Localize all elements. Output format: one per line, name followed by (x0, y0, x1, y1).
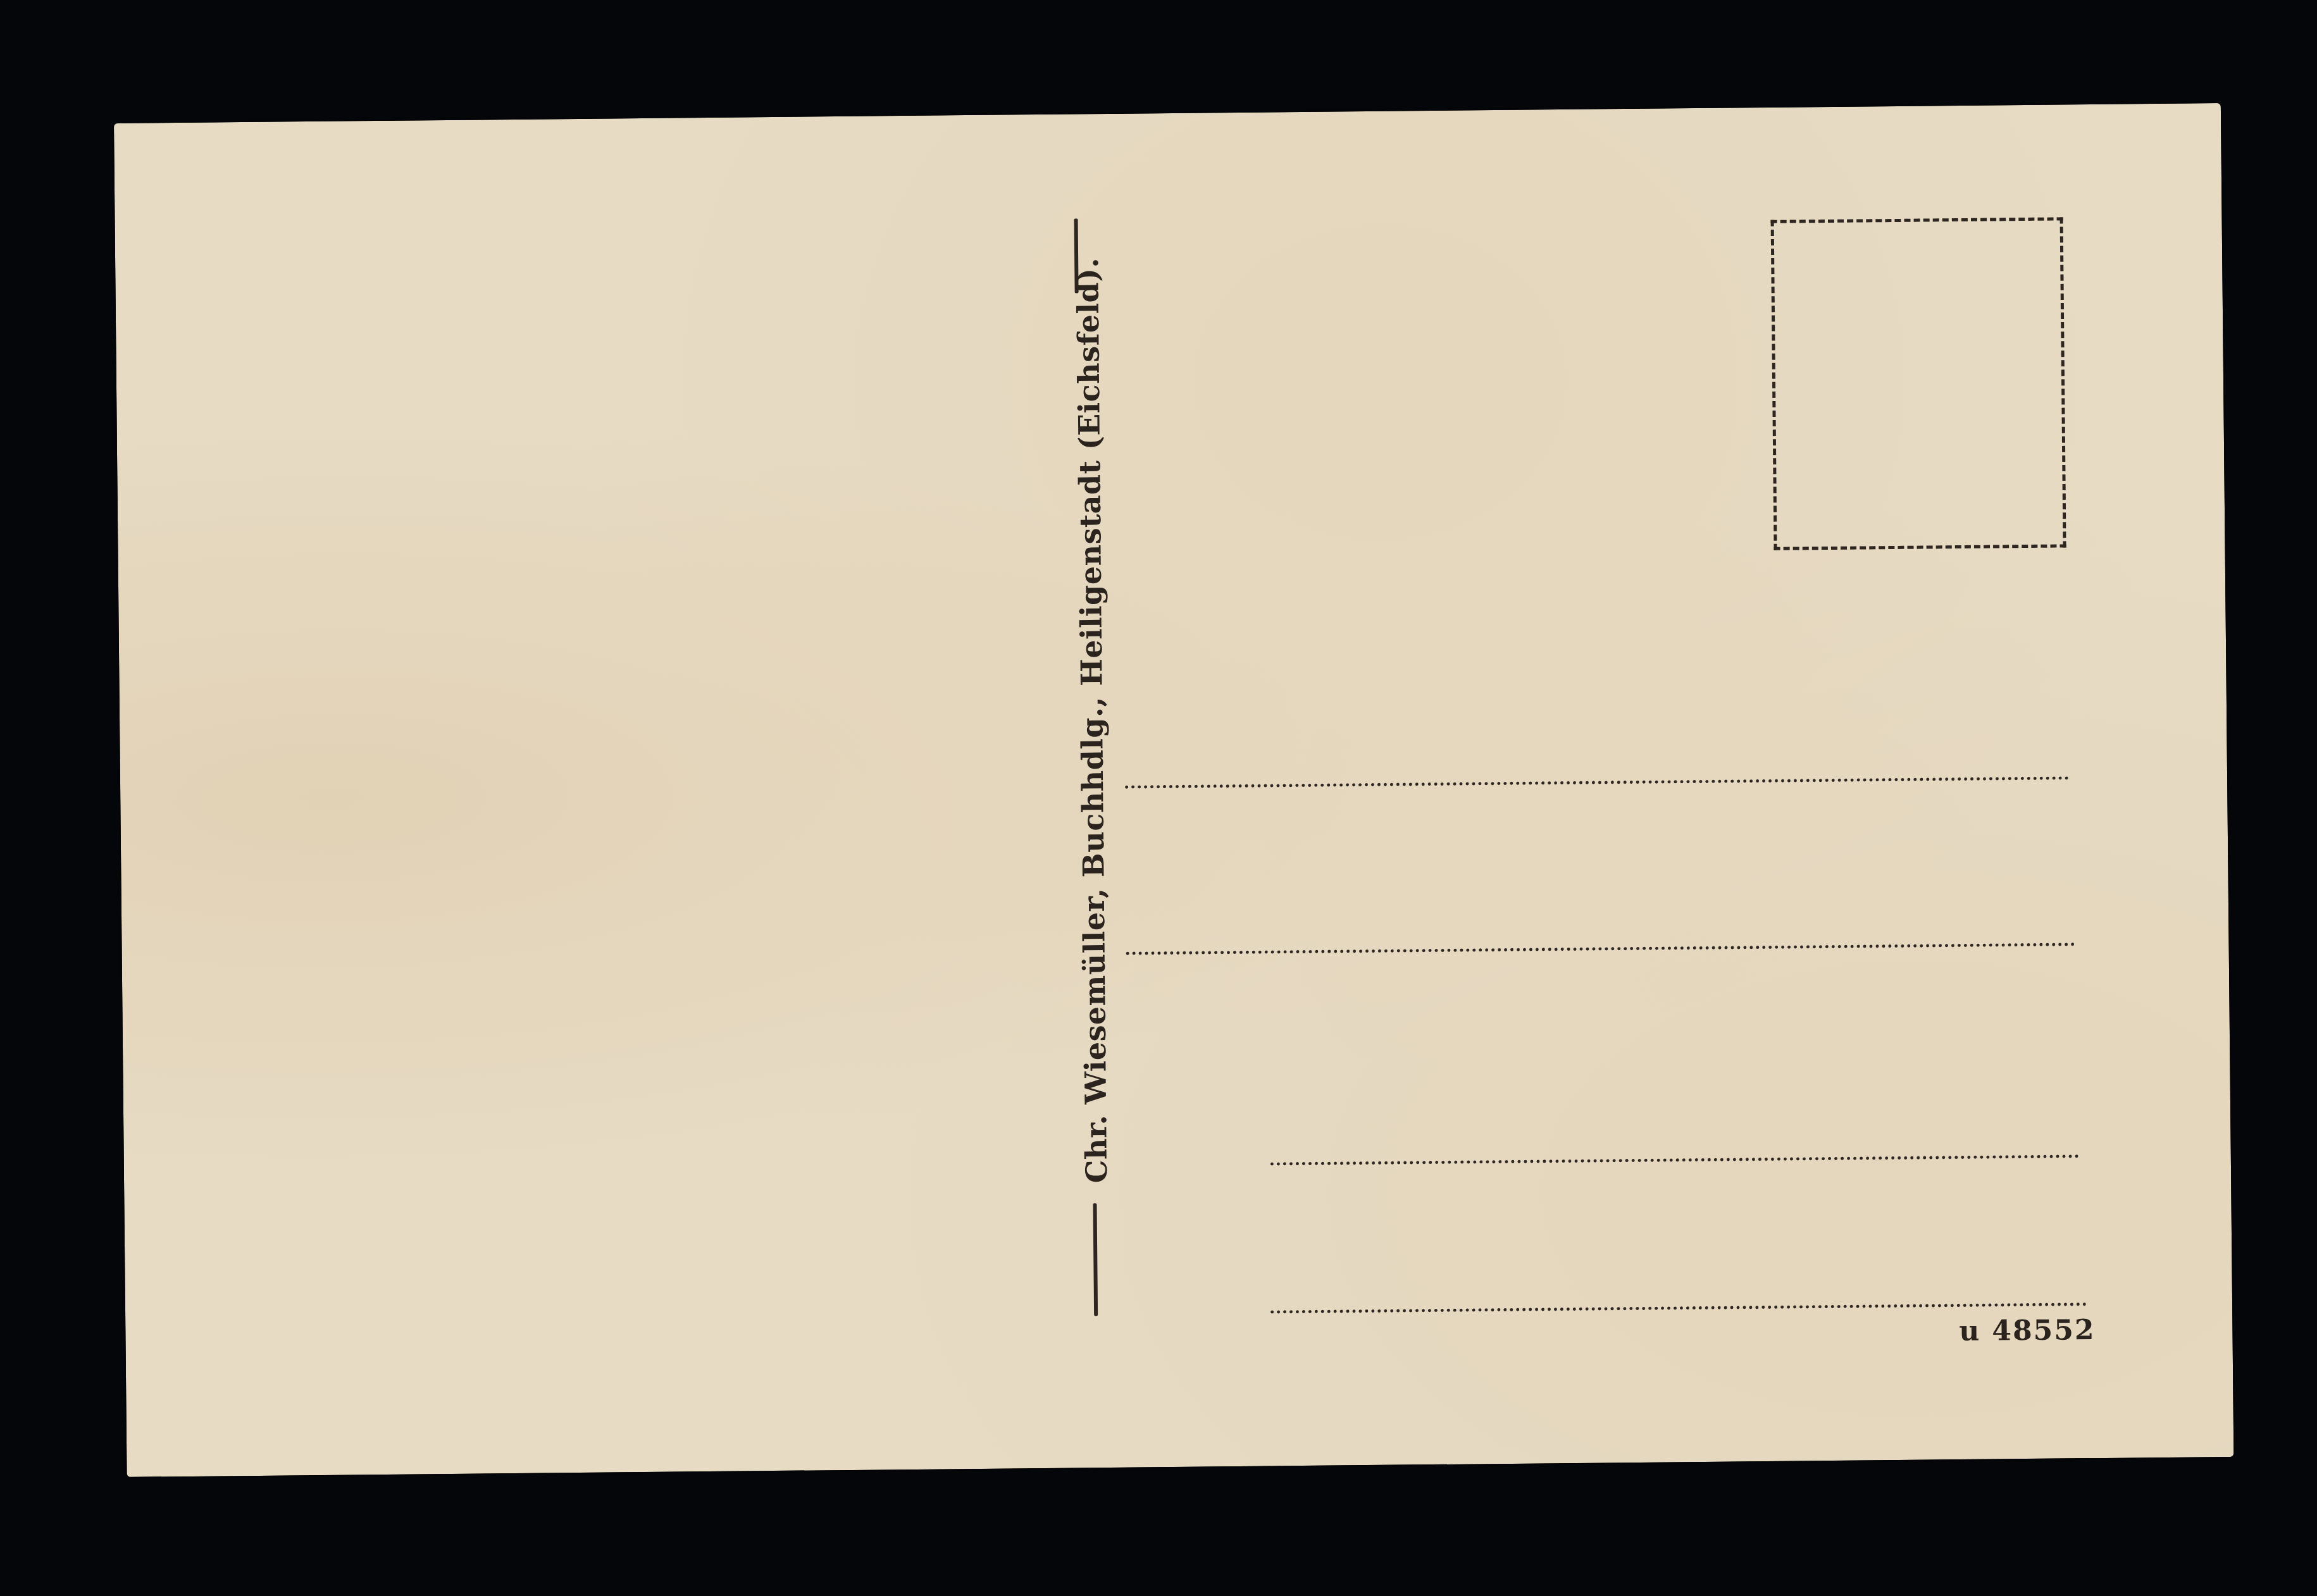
divider-bar-bottom (1093, 1203, 1098, 1316)
address-line-1 (1125, 776, 2069, 788)
stamp-box (1771, 217, 2066, 550)
catalog-prefix: u (1959, 1315, 1980, 1347)
postcard: Chr. Wiesemüller, Buchhdlg., Heiligensta… (114, 103, 2233, 1477)
catalog-number: u48552 (1959, 1314, 2096, 1347)
address-line-2 (1126, 943, 2075, 955)
catalog-digits: 48552 (1992, 1314, 2096, 1347)
publisher-imprint: Chr. Wiesemüller, Buchhdlg., Heiligensta… (1071, 257, 1114, 1184)
address-line-3 (1270, 1154, 2079, 1165)
address-line-4 (1270, 1302, 2087, 1313)
